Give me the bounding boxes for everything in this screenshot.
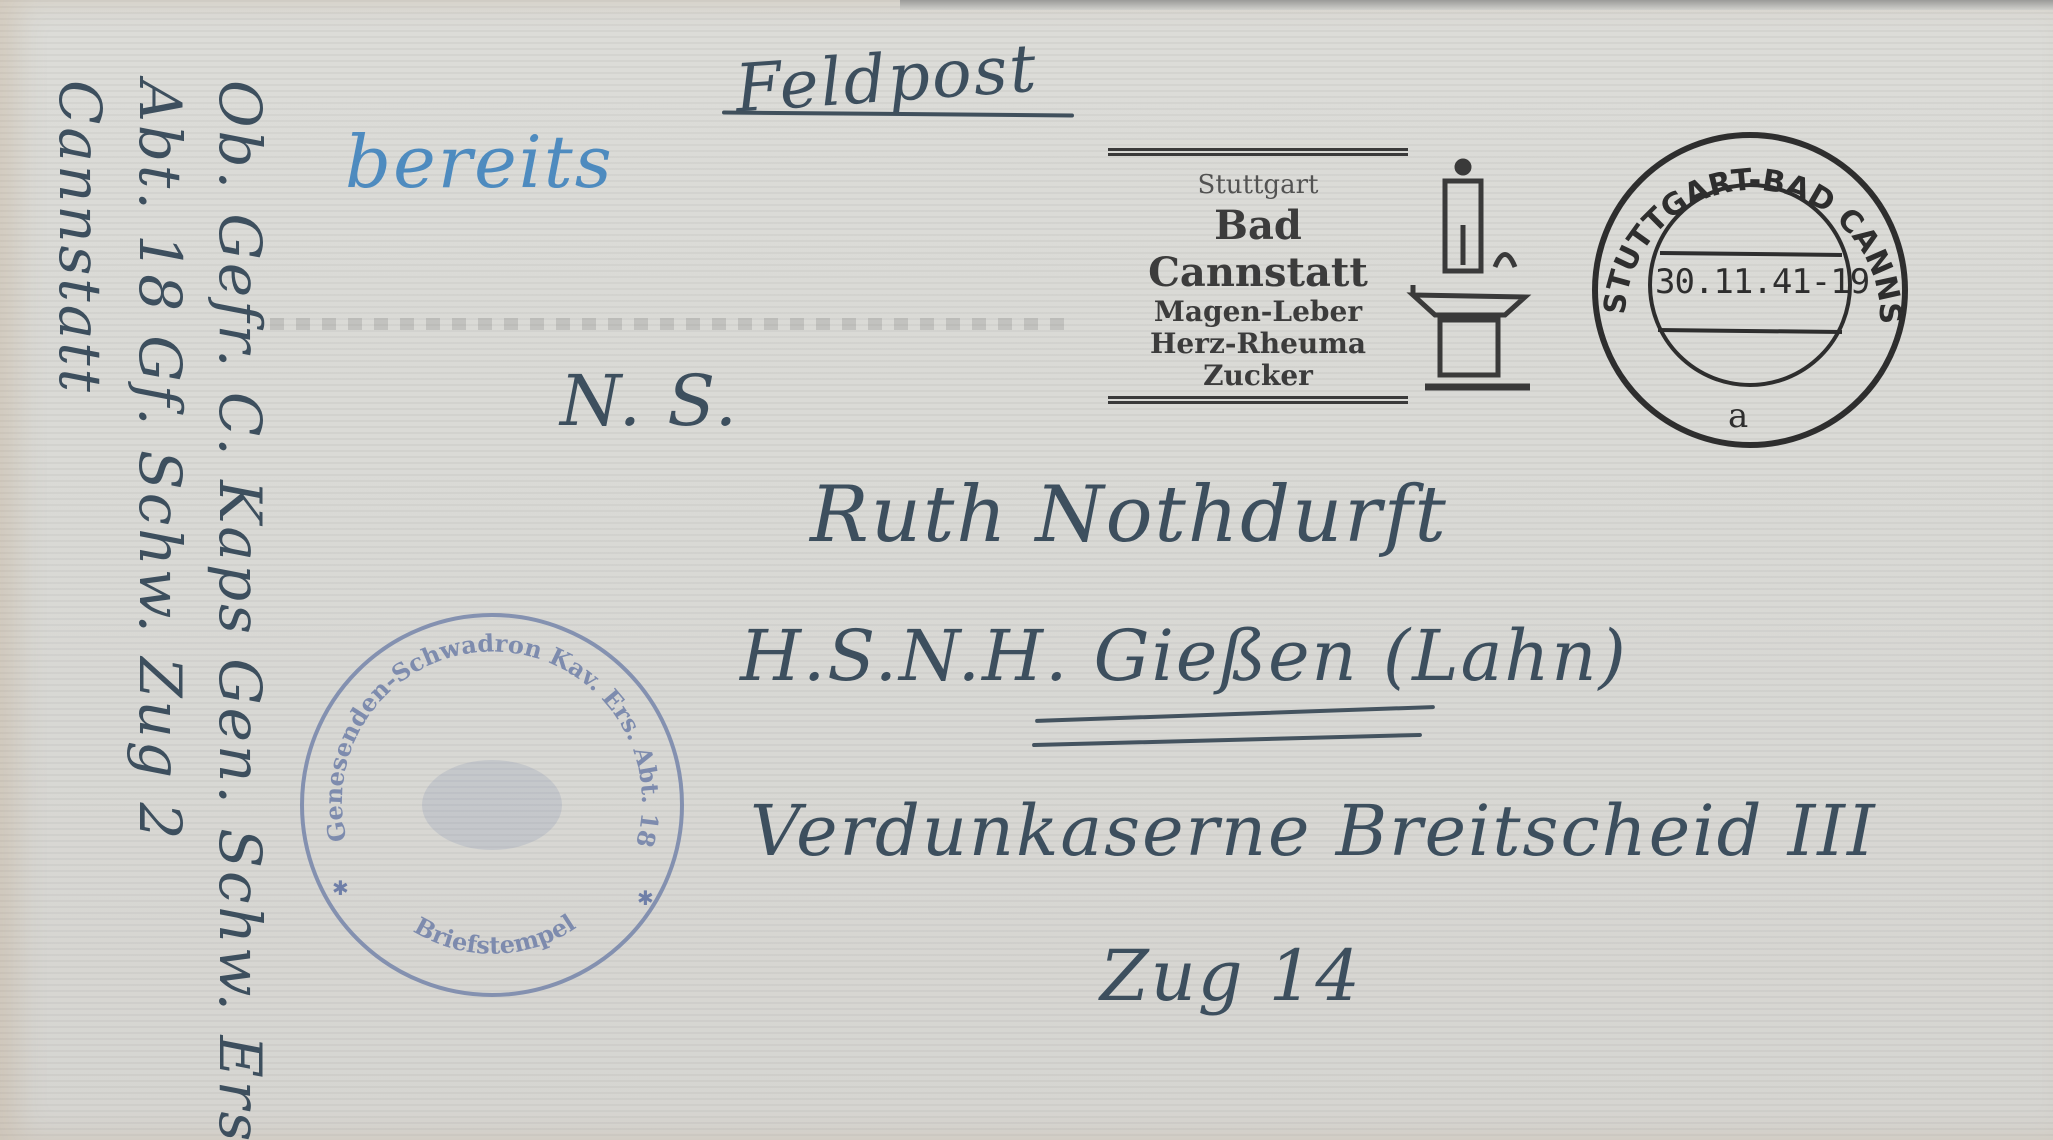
envelope-top-edge bbox=[900, 0, 2053, 10]
sender-line-2: Abt. 18 Gf. Schw. Zug 2 bbox=[120, 80, 200, 1080]
slogan-line-1: Stuttgart bbox=[1108, 170, 1408, 200]
stamp-center-emblem-placeholder bbox=[422, 760, 562, 850]
unit-mail-stamp: Genesenden-Schwadron Kav. Ers. Abt. 18 B… bbox=[292, 600, 692, 1010]
postmark-sub-letter: a bbox=[1728, 396, 1748, 436]
slogan-line-3: Magen-Leber bbox=[1108, 296, 1408, 328]
recipient-street: Verdunkaserne Breitscheid III bbox=[750, 790, 1877, 872]
postmark-date: 30.11.41-19 bbox=[1655, 262, 1869, 302]
sender-line-1: Ob. Gefr. C. Kaps Gen. Schw. Ers. Abt. bbox=[200, 80, 280, 1080]
fountain-monument-icon bbox=[1405, 155, 1535, 395]
unit-stamp-bottom-text: Briefstempel bbox=[409, 908, 580, 960]
machine-cancel-ghost-lines bbox=[270, 318, 1070, 330]
envelope: Feldpost bereits Stuttgart Bad Cannstatt… bbox=[0, 0, 2053, 1140]
city-underline-1 bbox=[1035, 705, 1435, 723]
star-left-icon: ✱ bbox=[332, 878, 349, 900]
slogan-line-5: Zucker bbox=[1108, 360, 1408, 392]
recipient-name: Ruth Nothdurft bbox=[810, 470, 1448, 560]
star-right-icon: ✱ bbox=[637, 888, 654, 910]
recipient-room: Zug 14 bbox=[1100, 935, 1362, 1017]
svg-text:Briefstempel: Briefstempel bbox=[409, 908, 580, 960]
blue-pencil-note: bereits bbox=[345, 120, 614, 204]
recipient-organization: H.S.N.H. Gießen (Lahn) bbox=[740, 615, 1628, 697]
sender-line-3: Cannstatt bbox=[40, 80, 120, 1080]
slogan-line-2: Bad Cannstatt bbox=[1108, 202, 1408, 296]
recipient-prefix: N. S. bbox=[560, 360, 739, 442]
sender-address-vertical: Ob. Gefr. C. Kaps Gen. Schw. Ers. Abt. A… bbox=[40, 80, 280, 1080]
machine-slogan-cancel: Stuttgart Bad Cannstatt Magen-Leber Herz… bbox=[1108, 148, 1408, 404]
city-underline-2 bbox=[1032, 733, 1422, 747]
slogan-line-4: Herz-Rheuma bbox=[1108, 328, 1408, 360]
